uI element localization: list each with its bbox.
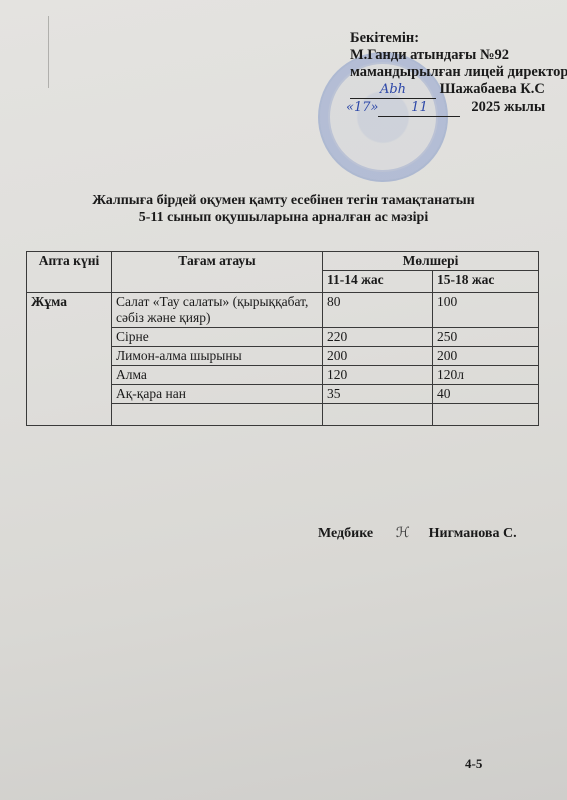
- cell-day: Жұма: [27, 293, 112, 426]
- header-dish: Тағам атауы: [112, 252, 323, 293]
- cell-age2: 40: [433, 385, 539, 404]
- approval-school: М.Ганди атындағы №92: [350, 47, 567, 64]
- cell-age2: 250: [433, 328, 539, 347]
- cell-dish: Салат «Тау салаты» (қырыққабат, сәбіз жә…: [112, 293, 323, 328]
- document-title: Жалпыға бірдей оқумен қамту есебінен тег…: [0, 192, 567, 226]
- approval-position: мамандырылған лицей директоры: [350, 64, 567, 81]
- header-day: Апта күні: [27, 252, 112, 293]
- table-row: Жұма Салат «Тау салаты» (қырыққабат, сәб…: [27, 293, 539, 328]
- cell-age2: 100: [433, 293, 539, 328]
- cell-age2: 120л: [433, 366, 539, 385]
- menu-table: Апта күні Тағам атауы Мөлшері 11-14 жас …: [26, 251, 539, 426]
- cell-dish: Лимон-алма шырыны: [112, 347, 323, 366]
- cell-age1: 35: [323, 385, 433, 404]
- cell-age1: [323, 404, 433, 426]
- cell-dish: Ақ-қара нан: [112, 385, 323, 404]
- cell-age1: 200: [323, 347, 433, 366]
- cell-age2: [433, 404, 539, 426]
- nurse-signature: ℋ: [384, 525, 422, 541]
- director-name: Шажабаева К.С: [440, 81, 545, 97]
- approval-date-line: «17»11 2025 жылы: [346, 99, 567, 117]
- nurse-signature-block: Медбике ℋ Нигманова С.: [318, 525, 517, 542]
- cell-dish: Алма: [112, 366, 323, 385]
- title-line-2: 5-11 сынып оқушыларына арналған ас мәзір…: [0, 209, 567, 226]
- approval-heading: Бекітемін:: [350, 30, 567, 47]
- cell-age1: 80: [323, 293, 433, 328]
- date-day: «17»: [346, 100, 378, 115]
- title-line-1: Жалпыға бірдей оқумен қамту есебінен тег…: [0, 192, 567, 209]
- paper-crease: [48, 16, 49, 88]
- director-signature: Abh: [380, 82, 406, 97]
- approval-block: Бекітемін: М.Ганди атындағы №92 мамандыр…: [350, 30, 567, 117]
- date-year: 2025 жылы: [471, 99, 545, 115]
- cell-dish: [112, 404, 323, 426]
- header-age-15-18: 15-18 жас: [433, 271, 539, 293]
- header-amount: Мөлшері: [323, 252, 539, 271]
- cell-age1: 220: [323, 328, 433, 347]
- date-month: 11: [411, 100, 428, 115]
- cell-dish: Сірне: [112, 328, 323, 347]
- page-number: 4-5: [465, 756, 482, 772]
- table-header-row: Апта күні Тағам атауы Мөлшері: [27, 252, 539, 271]
- nurse-label: Медбике: [318, 526, 373, 541]
- approval-director-line: Abh Шажабаева К.С: [350, 81, 567, 99]
- cell-age2: 200: [433, 347, 539, 366]
- cell-age1: 120: [323, 366, 433, 385]
- header-age-11-14: 11-14 жас: [323, 271, 433, 293]
- nurse-name: Нигманова С.: [429, 526, 517, 541]
